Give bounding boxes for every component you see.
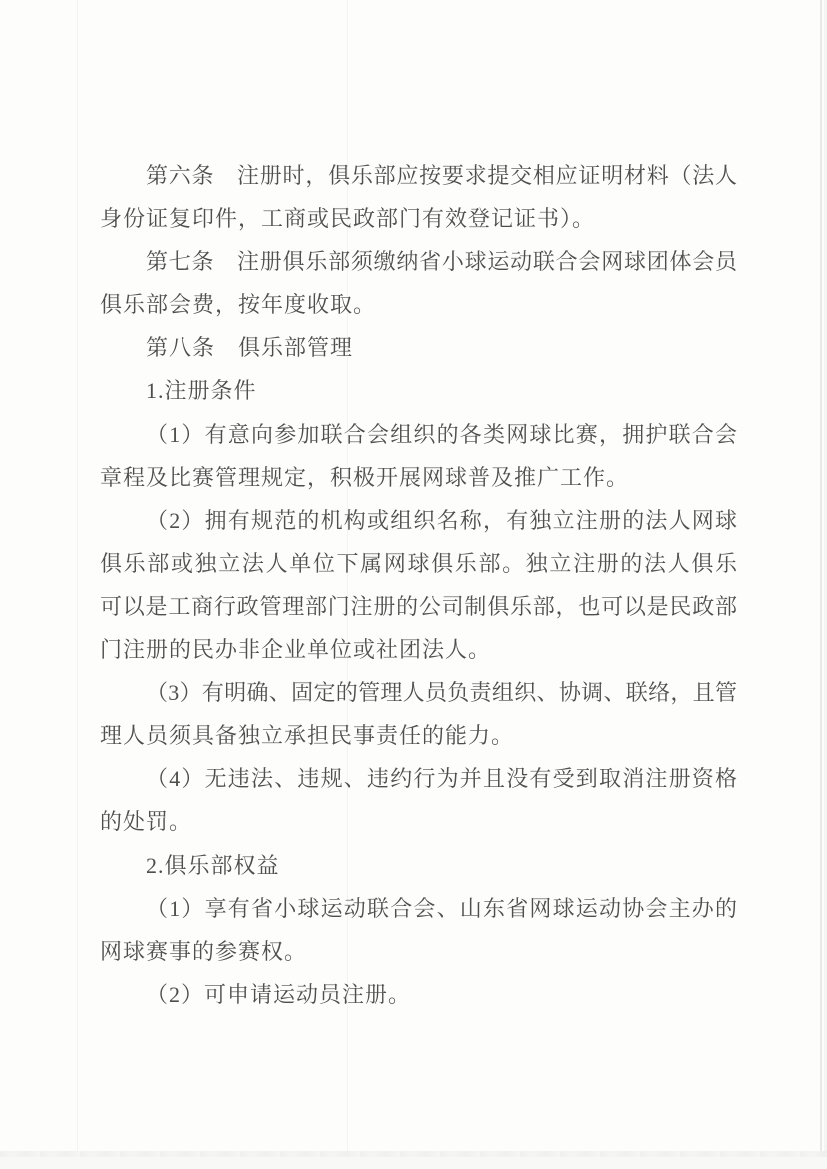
paragraph-condition-4: （4）无违法、违规、违约行为并且没有受到取消注册资格 的处罚。 xyxy=(100,757,737,843)
text-line: 2.俱乐部权益 xyxy=(100,844,737,887)
text-line: 章程及比赛管理规定，积极开展网球普及推广工作。 xyxy=(100,456,737,499)
paragraph-condition-3: （3）有明确、固定的管理人员负责组织、协调、联络，且管 理人员须具备独立承担民事… xyxy=(100,671,737,757)
text-line: （3）有明确、固定的管理人员负责组织、协调、联络，且管 xyxy=(100,671,737,714)
text-line: 网球赛事的参赛权。 xyxy=(100,930,737,973)
paragraph-article-6: 第六条 注册时，俱乐部应按要求提交相应证明材料（法人 身份证复印件，工商或民政部… xyxy=(100,154,737,240)
text-line: 门注册的民办非企业单位或社团法人。 xyxy=(100,628,737,671)
document-body: 第六条 注册时，俱乐部应按要求提交相应证明材料（法人 身份证复印件，工商或民政部… xyxy=(100,154,737,1016)
text-line: 俱乐部会费，按年度收取。 xyxy=(100,283,737,326)
text-line: 第七条 注册俱乐部须缴纳省小球运动联合会网球团体会员 xyxy=(100,240,737,283)
paragraph-right-2: （2）可申请运动员注册。 xyxy=(100,973,737,1016)
scan-bottom-margin xyxy=(0,1157,827,1169)
text-line: （1）享有省小球运动联合会、山东省网球运动协会主办的 xyxy=(100,887,737,930)
text-line: 的处罚。 xyxy=(100,800,737,843)
text-line: （2）拥有规范的机构或组织名称，有独立注册的法人网球 xyxy=(100,499,737,542)
text-line: 第八条 俱乐部管理 xyxy=(100,326,737,369)
text-line: （2）可申请运动员注册。 xyxy=(100,973,737,1016)
paragraph-right-1: （1）享有省小球运动联合会、山东省网球运动协会主办的 网球赛事的参赛权。 xyxy=(100,887,737,973)
paragraph-condition-2: （2）拥有规范的机构或组织名称，有独立注册的法人网球 俱乐部或独立法人单位下属网… xyxy=(100,499,737,671)
document-page: 第六条 注册时，俱乐部应按要求提交相应证明材料（法人 身份证复印件，工商或民政部… xyxy=(0,0,827,1169)
page-right-edge xyxy=(820,0,822,1169)
text-line: 理人员须具备独立承担民事责任的能力。 xyxy=(100,714,737,757)
text-line: 第六条 注册时，俱乐部应按要求提交相应证明材料（法人 xyxy=(100,154,737,197)
text-line: 1.注册条件 xyxy=(100,369,737,412)
paragraph-article-8-heading: 第八条 俱乐部管理 xyxy=(100,326,737,369)
text-line: 俱乐部或独立法人单位下属网球俱乐部。独立注册的法人俱乐部， xyxy=(100,542,737,585)
paragraph-section-1-heading: 1.注册条件 xyxy=(100,369,737,412)
text-line: （1）有意向参加联合会组织的各类网球比赛，拥护联合会 xyxy=(100,413,737,456)
text-line: （4）无违法、违规、违约行为并且没有受到取消注册资格 xyxy=(100,757,737,800)
paragraph-article-7: 第七条 注册俱乐部须缴纳省小球运动联合会网球团体会员 俱乐部会费，按年度收取。 xyxy=(100,240,737,326)
scan-fold-line xyxy=(77,0,78,1169)
text-line: 身份证复印件，工商或民政部门有效登记证书）。 xyxy=(100,197,737,240)
text-line: 可以是工商行政管理部门注册的公司制俱乐部，也可以是民政部 xyxy=(100,585,737,628)
paragraph-section-2-heading: 2.俱乐部权益 xyxy=(100,844,737,887)
paragraph-condition-1: （1）有意向参加联合会组织的各类网球比赛，拥护联合会 章程及比赛管理规定，积极开… xyxy=(100,413,737,499)
